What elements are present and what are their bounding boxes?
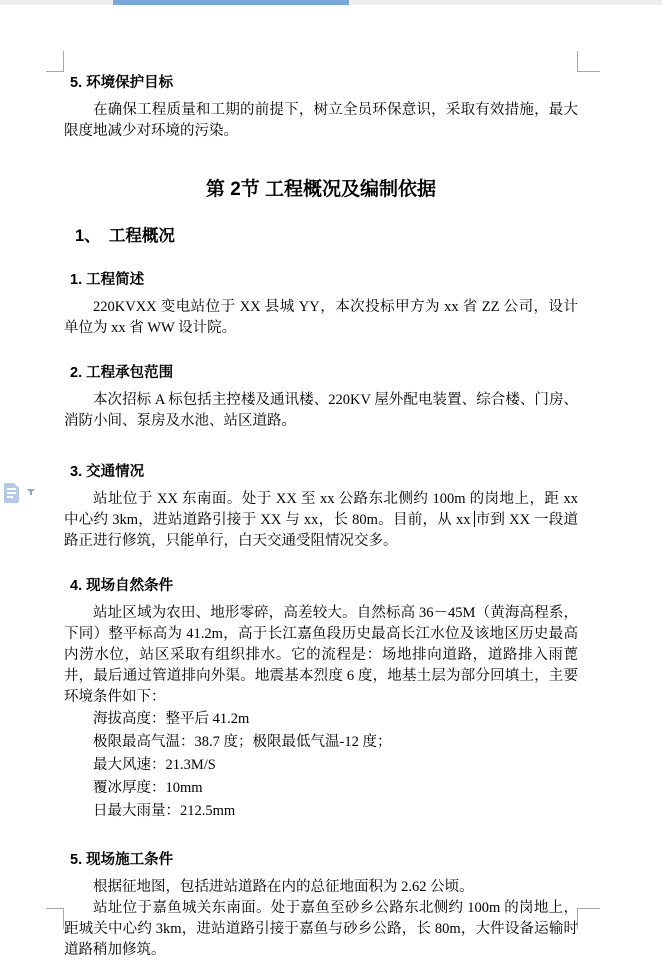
heading-environment-protection: 5. 环境保护目标 <box>70 75 578 91</box>
environment-conditions-list: 海拔高度：整平后 41.2m 极限最高气温：38.7 度；极限最低气温-12 度… <box>64 708 578 823</box>
crop-mark-top-right <box>577 51 600 72</box>
list-item-wind-speed: 最大风速：21.3M/S <box>93 754 578 777</box>
crop-mark-top-left <box>46 51 64 72</box>
heading-traffic: 3. 交通情况 <box>70 464 578 480</box>
list-item-temperature: 极限最高气温：38.7 度；极限最低气温-12 度； <box>93 731 578 754</box>
margin-smart-tag[interactable] <box>4 483 38 504</box>
top-progress-bar <box>113 0 349 5</box>
crop-mark-bottom-right <box>577 908 600 929</box>
heading-contract-scope: 2. 工程承包范围 <box>70 365 578 381</box>
paragraph-land-area: 根据征地图，包括进站道路在内的总征地面积为 2.62 公顷。 <box>64 877 578 898</box>
paragraph-environment: 在确保工程质量和工期的前提下，树立全员环保意识，采取有效措施，最大限度地减少对环… <box>64 100 578 142</box>
heading-natural-conditions: 4. 现场自然条件 <box>70 578 578 594</box>
paragraph-natural-conditions: 站址区域为农田、地形零碎，高差较大。自然标高 36－45M（黄海高程系，下同）整… <box>64 603 578 708</box>
list-item-altitude: 海拔高度：整平后 41.2m <box>93 708 578 731</box>
paragraph-contract-scope: 本次招标 A 标包括主控楼及通讯楼、220KV 屋外配电装置、综合楼、门房、消防… <box>64 390 578 432</box>
triangle-down-icon <box>27 489 35 493</box>
paragraph-traffic: 站址位于 XX 东南面。处于 XX 至 xx 公路东北侧约 100m 的岗地上，… <box>64 489 578 552</box>
document-text-area: 5. 环境保护目标 在确保工程质量和工期的前提下，树立全员环保意识，采取有效措施… <box>64 70 578 961</box>
document-icon <box>4 483 19 503</box>
crop-mark-bottom-left <box>46 908 64 929</box>
heading-project-brief: 1. 工程简述 <box>70 272 578 288</box>
construction-conditions-block: 5. 现场施工条件 根据征地图，包括进站道路在内的总征地面积为 2.62 公顷。… <box>64 852 578 961</box>
list-item-max-rainfall: 日最大雨量：212.5mm <box>93 800 578 823</box>
paragraph-project-brief: 220KVXX 变电站位于 XX 县城 YY，本次投标甲方为 xx 省 ZZ 公… <box>64 297 578 339</box>
window-top-strip <box>0 0 662 5</box>
heading-construction-conditions: 5. 现场施工条件 <box>70 852 578 868</box>
chapter-title: 第 2节 工程概况及编制依据 <box>64 178 578 202</box>
document-page: { "window": { "top_bar": { "track_color"… <box>0 0 662 961</box>
section-title-project-overview: 1、 工程概况 <box>75 226 578 246</box>
paragraph-site-location: 站址位于嘉鱼城关东南面。处于嘉鱼至砂乡公路东北侧约 100m 的岗地上，距城关中… <box>64 898 578 961</box>
list-item-ice-thickness: 覆冰厚度：10mm <box>93 777 578 800</box>
